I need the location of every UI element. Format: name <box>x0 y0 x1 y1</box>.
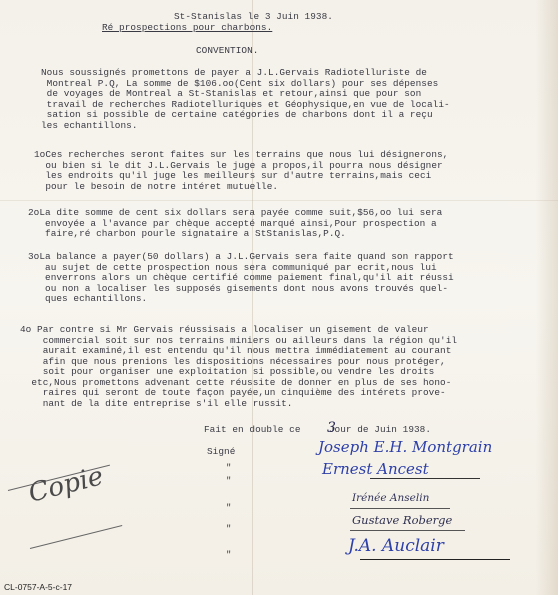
intro-paragraph: Nous soussignés promettons de payer a J.… <box>41 68 450 131</box>
archive-reference: CL-0757-A-5-c-17 <box>4 582 72 592</box>
ditto-mark: " <box>226 550 231 561</box>
clause-3: 3oLa balance a payer(50 dollars) a J.L.G… <box>28 252 454 305</box>
clause-1: 1oCes recherches seront faites sur les t… <box>34 150 448 192</box>
ditto-mark: " <box>226 524 231 535</box>
signature-1: Joseph E.H. Montgrain <box>318 438 492 456</box>
signature-underline <box>350 530 465 531</box>
signature-3: Irénée Anselin <box>352 492 429 504</box>
signature-2: Ernest Ancest <box>322 460 429 478</box>
fold-crease-horizontal <box>0 200 558 201</box>
ditto-mark: " <box>226 476 231 487</box>
ditto-mark: " <box>226 463 231 474</box>
ditto-mark: " <box>226 503 231 514</box>
signature-underline <box>360 559 510 560</box>
signature-underline <box>370 478 480 479</box>
clause-4: 4o Par contre si Mr Gervais réussisais a… <box>20 325 457 409</box>
signature-underline <box>350 508 450 509</box>
place-date-line: St-Stanislas le 3 Juin 1938. <box>174 12 333 23</box>
signed-label: Signé <box>207 447 235 458</box>
signature-4: Gustave Roberge <box>352 513 452 527</box>
signature-5: J.A. Auclair <box>348 536 444 556</box>
clause-2: 2oLa dite somme de cent six dollars sera… <box>28 208 442 240</box>
made-in-duplicate-line: Fait en double ce Jour de Juin 1938. <box>204 425 431 436</box>
document-title: CONVENTION. <box>196 46 258 57</box>
subject-line: Ré prospections pour charbons. <box>102 23 272 34</box>
handwritten-day: 3 <box>327 420 336 436</box>
